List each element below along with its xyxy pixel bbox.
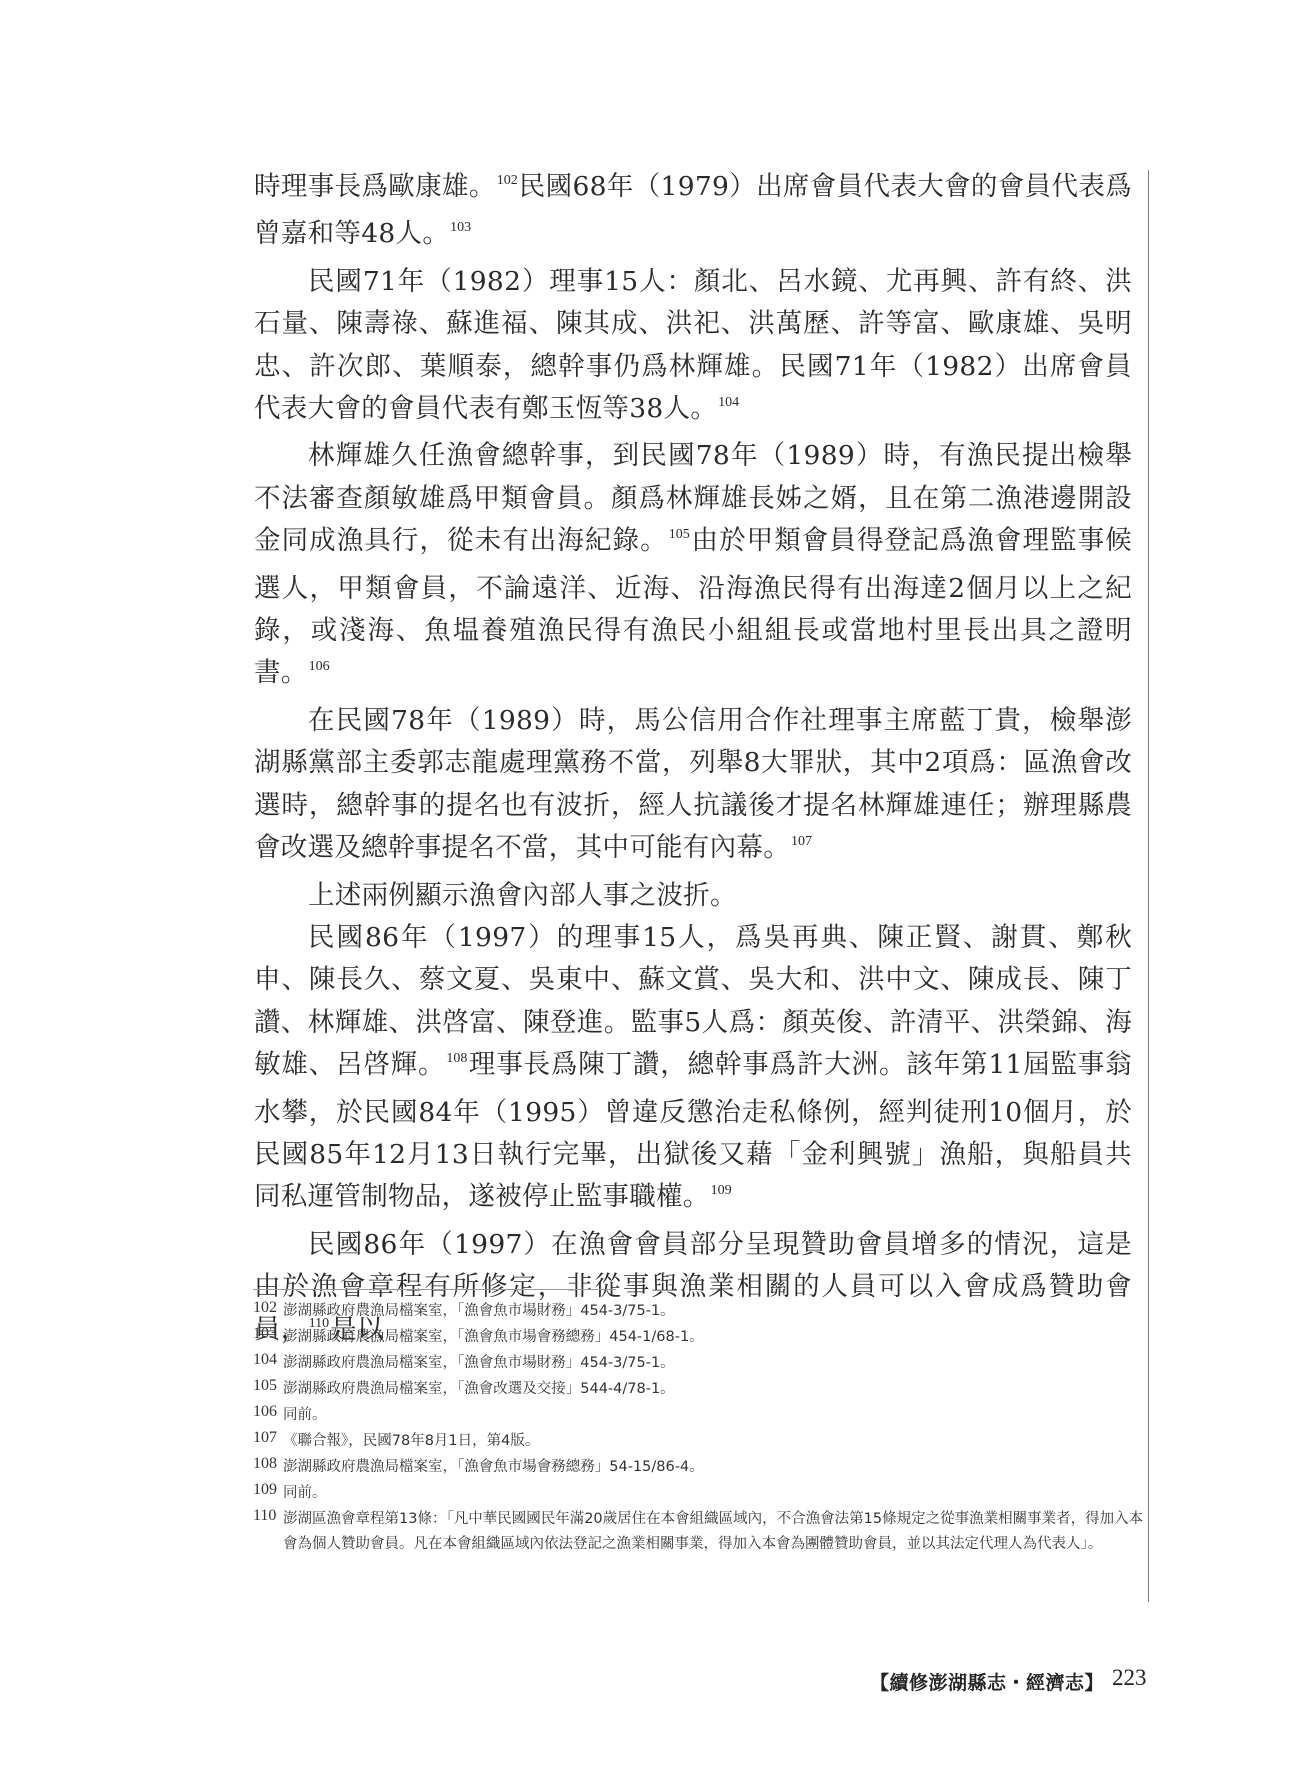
footnote: 110澎湖區漁會章程第13條：「凡中華民國國民年滿20歲居住在本會組織區域內，不… — [253, 1506, 1153, 1557]
footnote-text: 澎湖縣政府農漁局檔案室，「漁會改選及交接」544-4/78-1。 — [283, 1377, 1153, 1402]
paragraph: 民國71年（1982）理事15人：顏北、呂水鏡、尤再興、許有終、洪石量、陳壽祿、… — [254, 261, 1132, 436]
footnote-text: 同前。 — [283, 1481, 1153, 1506]
footnote-divider — [253, 1289, 616, 1290]
paragraph-text: 民國71年（1982）理事15人：顏北、呂水鏡、尤再興、許有終、洪石量、陳壽祿、… — [254, 266, 1132, 424]
footnote: 106同前。 — [253, 1402, 1153, 1428]
footnote-reference[interactable]: 107 — [791, 834, 812, 849]
footnote-number: 102 — [253, 1295, 283, 1320]
footnote-reference[interactable]: 103 — [450, 220, 471, 235]
footnote-reference[interactable]: 108 — [446, 1051, 467, 1066]
footnote-reference[interactable]: 104 — [718, 395, 739, 410]
paragraph: 民國86年（1997）的理事15人，爲吳再典、陳正賢、謝貫、鄭秋申、陳長久、蔡文… — [254, 917, 1132, 1224]
footnote-number: 109 — [253, 1477, 283, 1502]
footnote-number: 105 — [253, 1373, 283, 1398]
footnote: 107《聯合報》，民國78年8月1日，第4版。 — [253, 1428, 1153, 1454]
footnote-text: 澎湖區漁會章程第13條：「凡中華民國國民年滿20歲居住在本會組織區域內，不合漁會… — [283, 1507, 1153, 1557]
paragraph-text: 在民國78年（1989）時，馬公信用合作社理事主席藍丁貴，檢舉澎湖縣黨部主委郭志… — [254, 705, 1132, 863]
footnote-text: 同前。 — [283, 1403, 1153, 1428]
paragraph: 在民國78年（1989）時，馬公信用合作社理事主席藍丁貴，檢舉澎湖縣黨部主委郭志… — [254, 700, 1132, 875]
footnote-number: 110 — [253, 1503, 283, 1528]
footnote-text: 澎湖縣政府農漁局檔案室，「漁會魚市場會務總務」54-15/86-4。 — [283, 1455, 1153, 1480]
footnote: 102澎湖縣政府農漁局檔案室，「漁會魚市場財務」454-3/75-1。 — [253, 1298, 1153, 1324]
footnote-text: 《聯合報》，民國78年8月1日，第4版。 — [283, 1429, 1153, 1454]
footnote-reference[interactable]: 109 — [711, 1183, 732, 1198]
footnotes: 102澎湖縣政府農漁局檔案室，「漁會魚市場財務」454-3/75-1。103澎湖… — [253, 1298, 1153, 1557]
paragraph: 林輝雄久任漁會總幹事，到民國78年（1989）時，有漁民提出檢舉不法審查顏敏雄爲… — [254, 435, 1132, 699]
footnote-reference[interactable]: 105 — [669, 527, 690, 542]
running-footer-title: 【續修澎湖縣志・經濟志】 — [870, 1668, 1104, 1695]
footnote: 109同前。 — [253, 1480, 1153, 1506]
footnote-text: 澎湖縣政府農漁局檔案室，「漁會魚市場財務」454-3/75-1。 — [283, 1299, 1153, 1324]
paragraph: 時理事長爲歐康雄。102民國68年（1979）出席會員代表大會的會員代表爲曾嘉和… — [254, 166, 1132, 261]
footnote-number: 106 — [253, 1399, 283, 1424]
paragraph-text: 時理事長爲歐康雄。 — [254, 171, 496, 202]
footnote-reference[interactable]: 102 — [497, 173, 518, 188]
footnote-number: 104 — [253, 1347, 283, 1372]
paragraph: 上述兩例顯示漁會內部人事之波折。 — [254, 875, 1132, 917]
footnote-number: 107 — [253, 1425, 283, 1450]
footnote: 108澎湖縣政府農漁局檔案室，「漁會魚市場會務總務」54-15/86-4。 — [253, 1454, 1153, 1480]
book-page: 時理事長爲歐康雄。102民國68年（1979）出席會員代表大會的會員代表爲曾嘉和… — [0, 0, 1300, 1779]
footnote: 103澎湖縣政府農漁局檔案室，「漁會魚市場會務總務」454-1/68-1。 — [253, 1324, 1153, 1350]
footnote: 105澎湖縣政府農漁局檔案室，「漁會改選及交接」544-4/78-1。 — [253, 1376, 1153, 1402]
body-text: 時理事長爲歐康雄。102民國68年（1979）出席會員代表大會的會員代表爲曾嘉和… — [254, 166, 1132, 1356]
paragraph-text: 上述兩例顯示漁會內部人事之波折。 — [308, 880, 737, 911]
footnote: 104澎湖縣政府農漁局檔案室，「漁會魚市場財務」454-3/75-1。 — [253, 1350, 1153, 1376]
footnote-text: 澎湖縣政府農漁局檔案室，「漁會魚市場財務」454-3/75-1。 — [283, 1351, 1153, 1376]
footnote-reference[interactable]: 106 — [309, 659, 330, 674]
page-number: 223 — [1112, 1665, 1147, 1691]
footnote-number: 103 — [253, 1321, 283, 1346]
footnote-text: 澎湖縣政府農漁局檔案室，「漁會魚市場會務總務」454-1/68-1。 — [283, 1325, 1153, 1350]
footnote-number: 108 — [253, 1451, 283, 1476]
